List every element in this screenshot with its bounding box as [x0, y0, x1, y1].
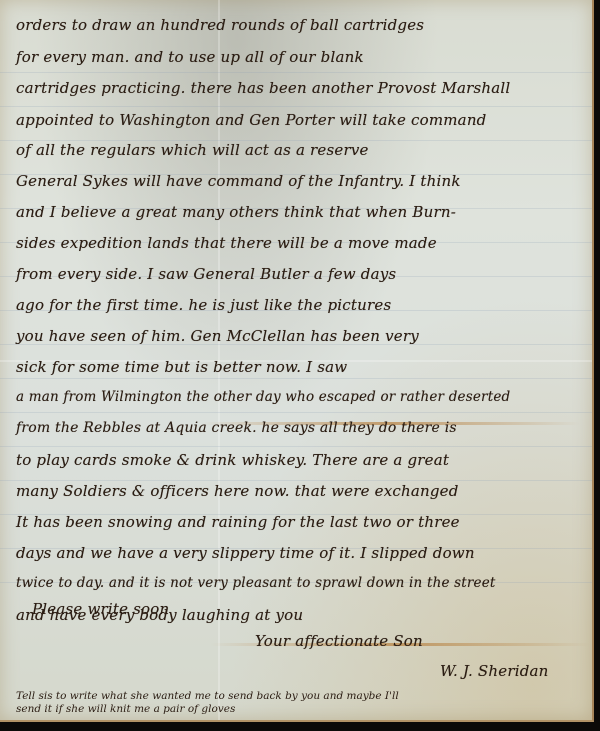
- sign-off: Your affectionate Son: [255, 632, 584, 650]
- signature: W. J. Sheridan: [440, 662, 584, 680]
- closing-line: Please write soon: [32, 600, 584, 618]
- postscript-line: send it if she will knit me a pair of gl…: [16, 703, 584, 715]
- postscript-line: Tell sis to write what she wanted me to …: [16, 690, 584, 702]
